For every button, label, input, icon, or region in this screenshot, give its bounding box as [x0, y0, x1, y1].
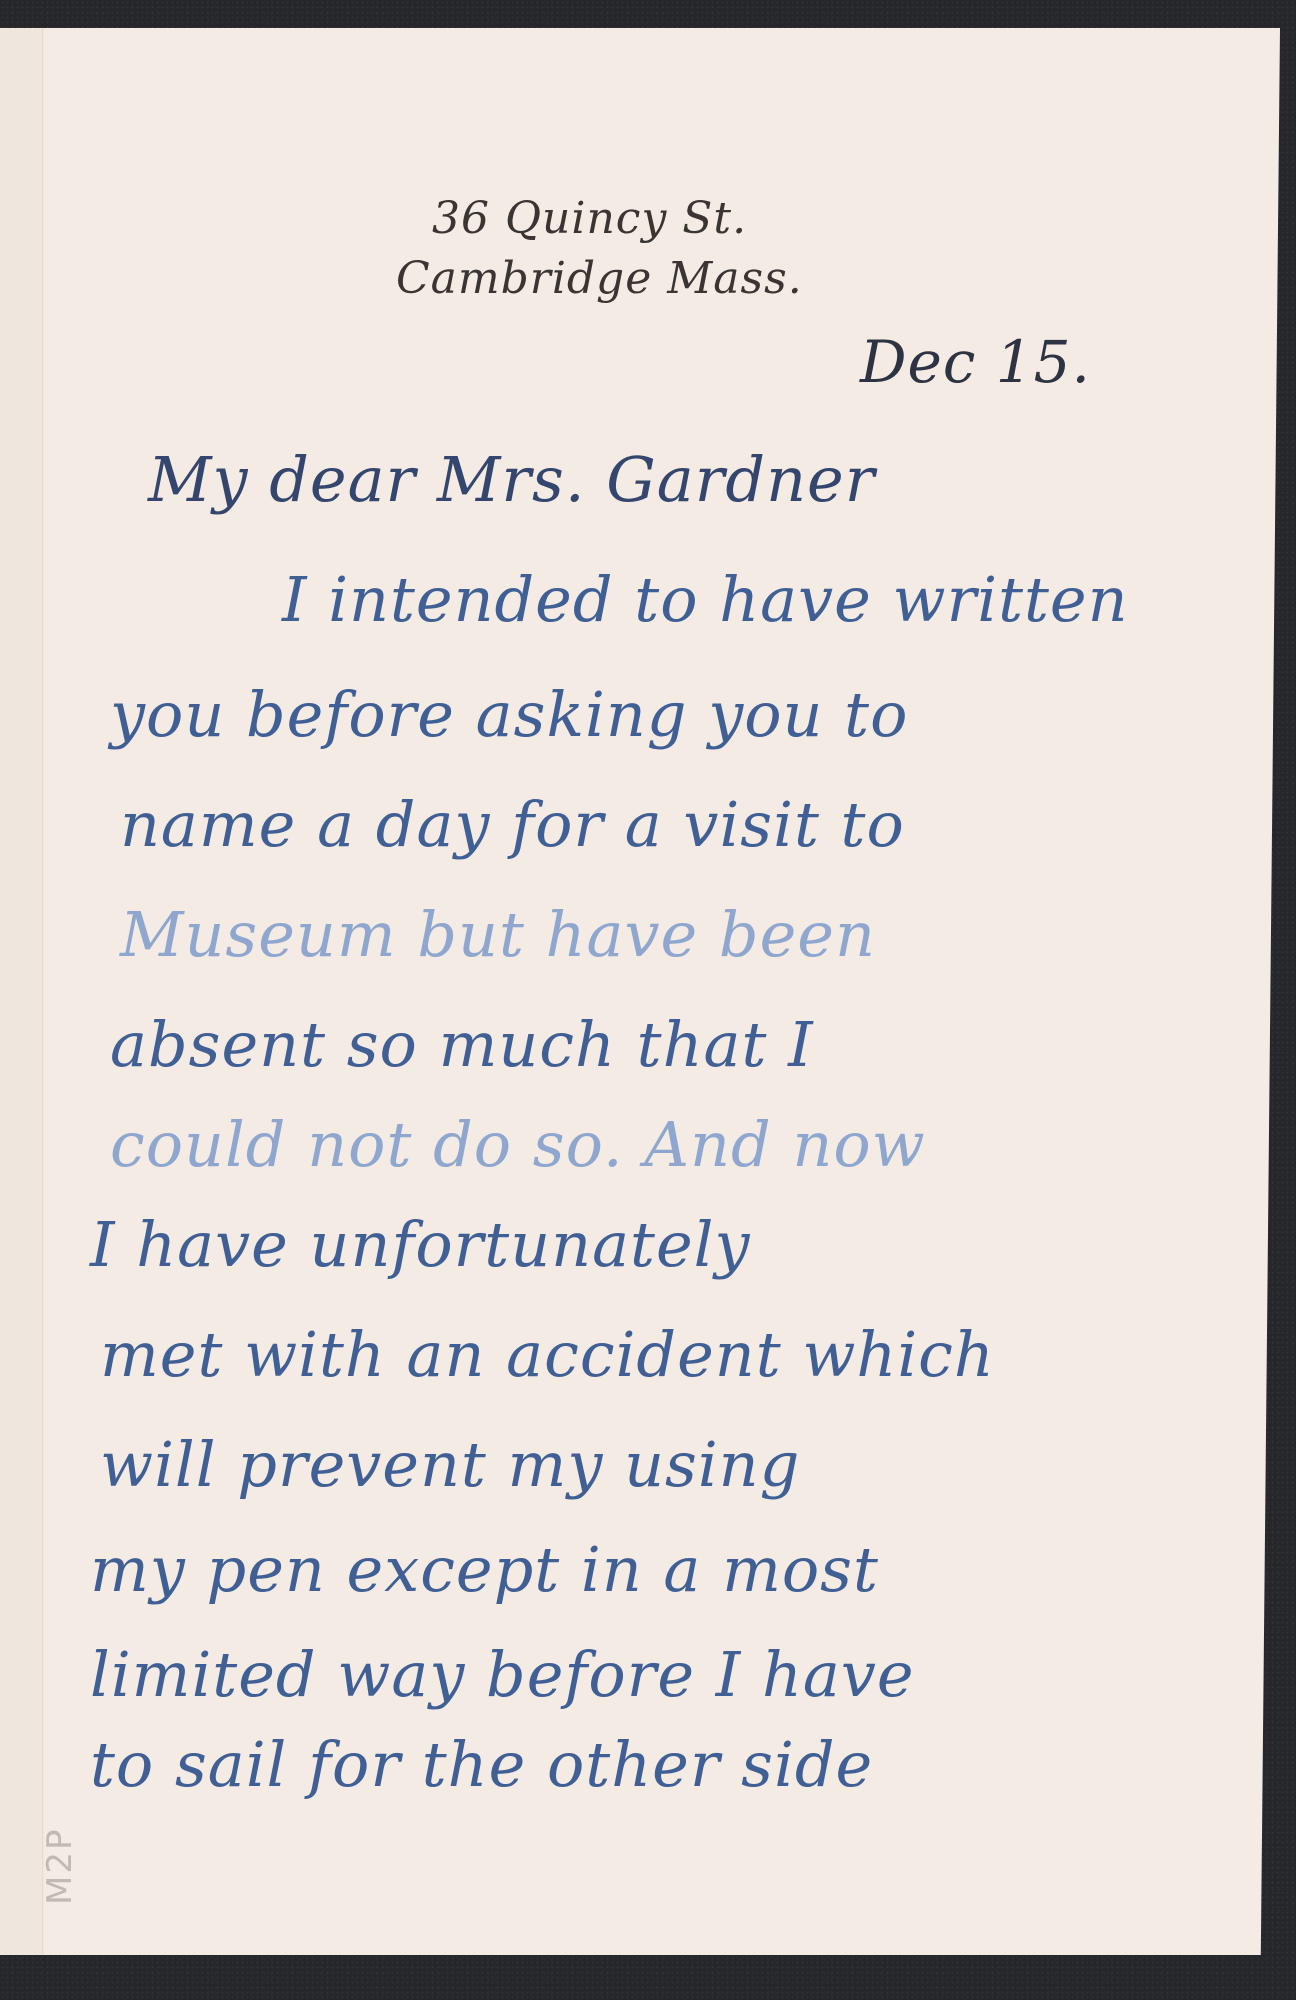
letterhead-street: 36 Quincy St. [432, 193, 747, 244]
body-line-2: you before asking you to [110, 678, 908, 751]
body-line-8: met with an accident which [100, 1318, 995, 1391]
left-leaf-edge [0, 28, 43, 1955]
body-line-10: my pen except in a most [90, 1533, 879, 1606]
body-line-5: absent so much that I [110, 1008, 814, 1081]
body-line-9: will prevent my using [100, 1428, 800, 1501]
body-line-1: I intended to have written [282, 563, 1129, 636]
body-line-11: limited way before I have [90, 1638, 915, 1711]
body-line-7: I have unfortunately [90, 1208, 751, 1281]
salutation: My dear Mrs. Gardner [148, 443, 875, 516]
pencil-archive-note: M2P [40, 1828, 80, 1905]
letter-date: Dec 15. [860, 328, 1091, 396]
body-line-4: Museum but have been [120, 898, 876, 971]
body-line-12: to sail for the other side [90, 1728, 873, 1801]
letter-page: 36 Quincy St. Cambridge Mass. Dec 15. My… [0, 28, 1280, 1955]
body-line-6: could not do so. And now [110, 1108, 926, 1181]
letterhead-city: Cambridge Mass. [396, 253, 803, 304]
body-line-3: name a day for a visit to [120, 788, 905, 861]
fold-line [42, 28, 44, 1955]
